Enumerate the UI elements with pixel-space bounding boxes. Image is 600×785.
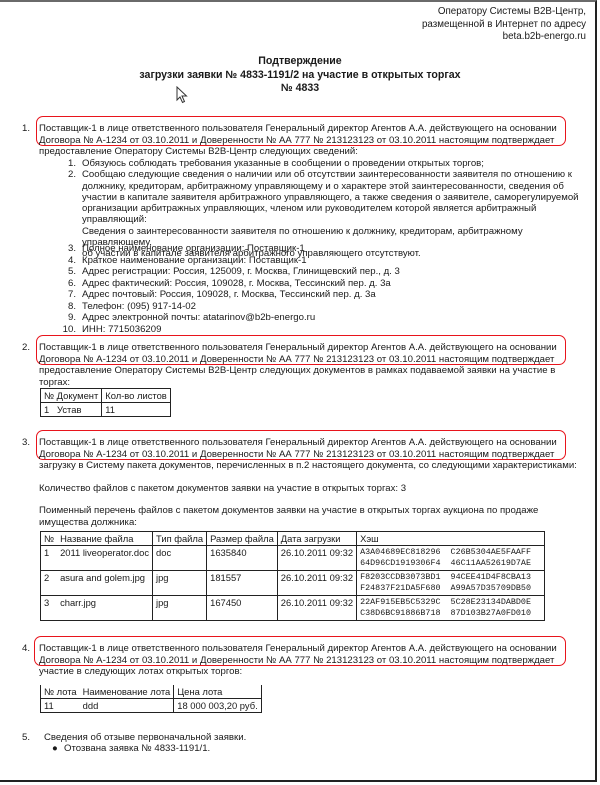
operator-line: Оператору Системы B2B-Центр, [422,6,586,19]
section-number: 2. [22,342,30,353]
statement-line: Договора № А-1234 от 03.10.2011 и Довере… [39,449,589,461]
info-item: 4.Краткое наименование организации: Пост… [55,255,307,266]
file-list-intro: Поименный перечень файлов с пакетом доку… [39,505,589,517]
title-line: № 4833 [0,82,600,96]
section-number: 3. [22,437,30,448]
info-item: 1.Обязуюсь соблюдать требования указанны… [55,158,484,169]
table-row: 2asura and golem.jpgjpg18155726.10.2011 … [41,571,545,596]
operator-line: beta.b2b-energo.ru [422,31,586,44]
statement-continuation: загрузку в Систему пакета документов, пе… [39,460,589,472]
statement-continuation: участие в следующих лотах открытых торго… [39,666,589,678]
title-line: загрузки заявки № 4833-1191/2 на участие… [0,69,600,83]
file-list-intro: имущества должника: [39,517,589,529]
statement-line: Поставщик-1 в лице ответственного пользо… [39,342,589,354]
statement-line: Договора № А-1234 от 03.10.2011 и Довере… [39,135,589,147]
info-item: 3.Полное наименование организации: Поста… [55,243,305,254]
table-header-row: № Документ Кол-во листов [41,389,171,403]
section-body: Поставщик-1 в лице ответственного пользо… [39,437,589,528]
documents-table: № Документ Кол-во листов 1 Устав 11 [40,388,171,417]
operator-line: размещенной в Интернет по адресу [422,19,586,32]
info-item: 8.Телефон: (095) 917-14-02 [55,301,196,312]
info-item: 5.Адрес регистрации: Россия, 125009, г. … [55,266,400,277]
section-body: Поставщик-1 в лице ответственного пользо… [39,123,589,158]
statement-line: Поставщик-1 в лице ответственного пользо… [39,123,589,135]
table-row: 1 Устав 11 [41,403,171,417]
table-header-row: № Название файла Тип файла Размер файла … [41,532,545,546]
section-body: Поставщик-1 в лице ответственного пользо… [39,342,589,388]
info-item: 10.ИНН: 7715036209 [55,324,161,335]
section-number: 4. [22,643,30,654]
operator-address: Оператору Системы B2B-Центр, размещенной… [422,6,586,44]
section-body: Поставщик-1 в лице ответственного пользо… [39,643,589,678]
info-item: 7.Адрес почтовый: Россия, 109028, г. Мос… [55,289,376,300]
statement-line: Договора № А-1234 от 03.10.2011 и Довере… [39,655,589,667]
lots-table: № лота Наименование лота Цена лота 11 dd… [40,685,262,713]
info-item: 2.Сообщаю следующие сведения о наличии и… [55,169,572,180]
table-header-row: № лота Наименование лота Цена лота [41,685,262,699]
document-title: Подтверждение загрузки заявки № 4833-119… [0,55,600,96]
withdrawal-heading: Сведения об отзыве первоначальной заявки… [44,732,594,744]
table-row: 3charr.jpgjpg16745026.10.2011 09:3222AF9… [41,596,545,621]
table-row: 11 ddd 18 000 003,20 руб. [41,699,262,713]
section-number: 5. [22,732,30,743]
table-row: 12011 liveoperator.docdoc163584026.10.20… [41,546,545,571]
statement-continuation: предоставление Оператору Системы B2B-Цен… [39,365,589,388]
withdrawal-item: Отозвана заявка № 4833-1191/1. [64,743,210,754]
hash-cell: F8203CCDB3073BD1 94CEE41D4F8CBA13F24837F… [357,571,545,596]
statement-line: Поставщик-1 в лице ответственного пользо… [39,643,589,655]
files-table: № Название файла Тип файла Размер файла … [40,531,545,621]
section-number: 1. [22,123,30,134]
statement-line: Договора № А-1234 от 03.10.2011 и Довере… [39,354,589,366]
file-count: Количество файлов с пакетом документов з… [39,483,589,495]
hash-cell: A3A04689EC818296 C26B5304AE5FAAFF64D96CD… [357,546,545,571]
statement-continuation: предоставление Оператору Системы B2B-Цен… [39,146,589,158]
info-item: 9.Адрес электронной почты: atatarinov@b2… [55,312,315,323]
statement-line: Поставщик-1 в лице ответственного пользо… [39,437,589,449]
bullet-icon: ● [52,743,58,754]
hash-cell: 22AF915EB5C5329C 5C28E23134DABD0EC38D6BC… [357,596,545,621]
title-line: Подтверждение [0,55,600,69]
mouse-cursor-icon [176,86,188,104]
info-item: 6.Адрес фактический: Россия, 109028, г. … [55,278,391,289]
